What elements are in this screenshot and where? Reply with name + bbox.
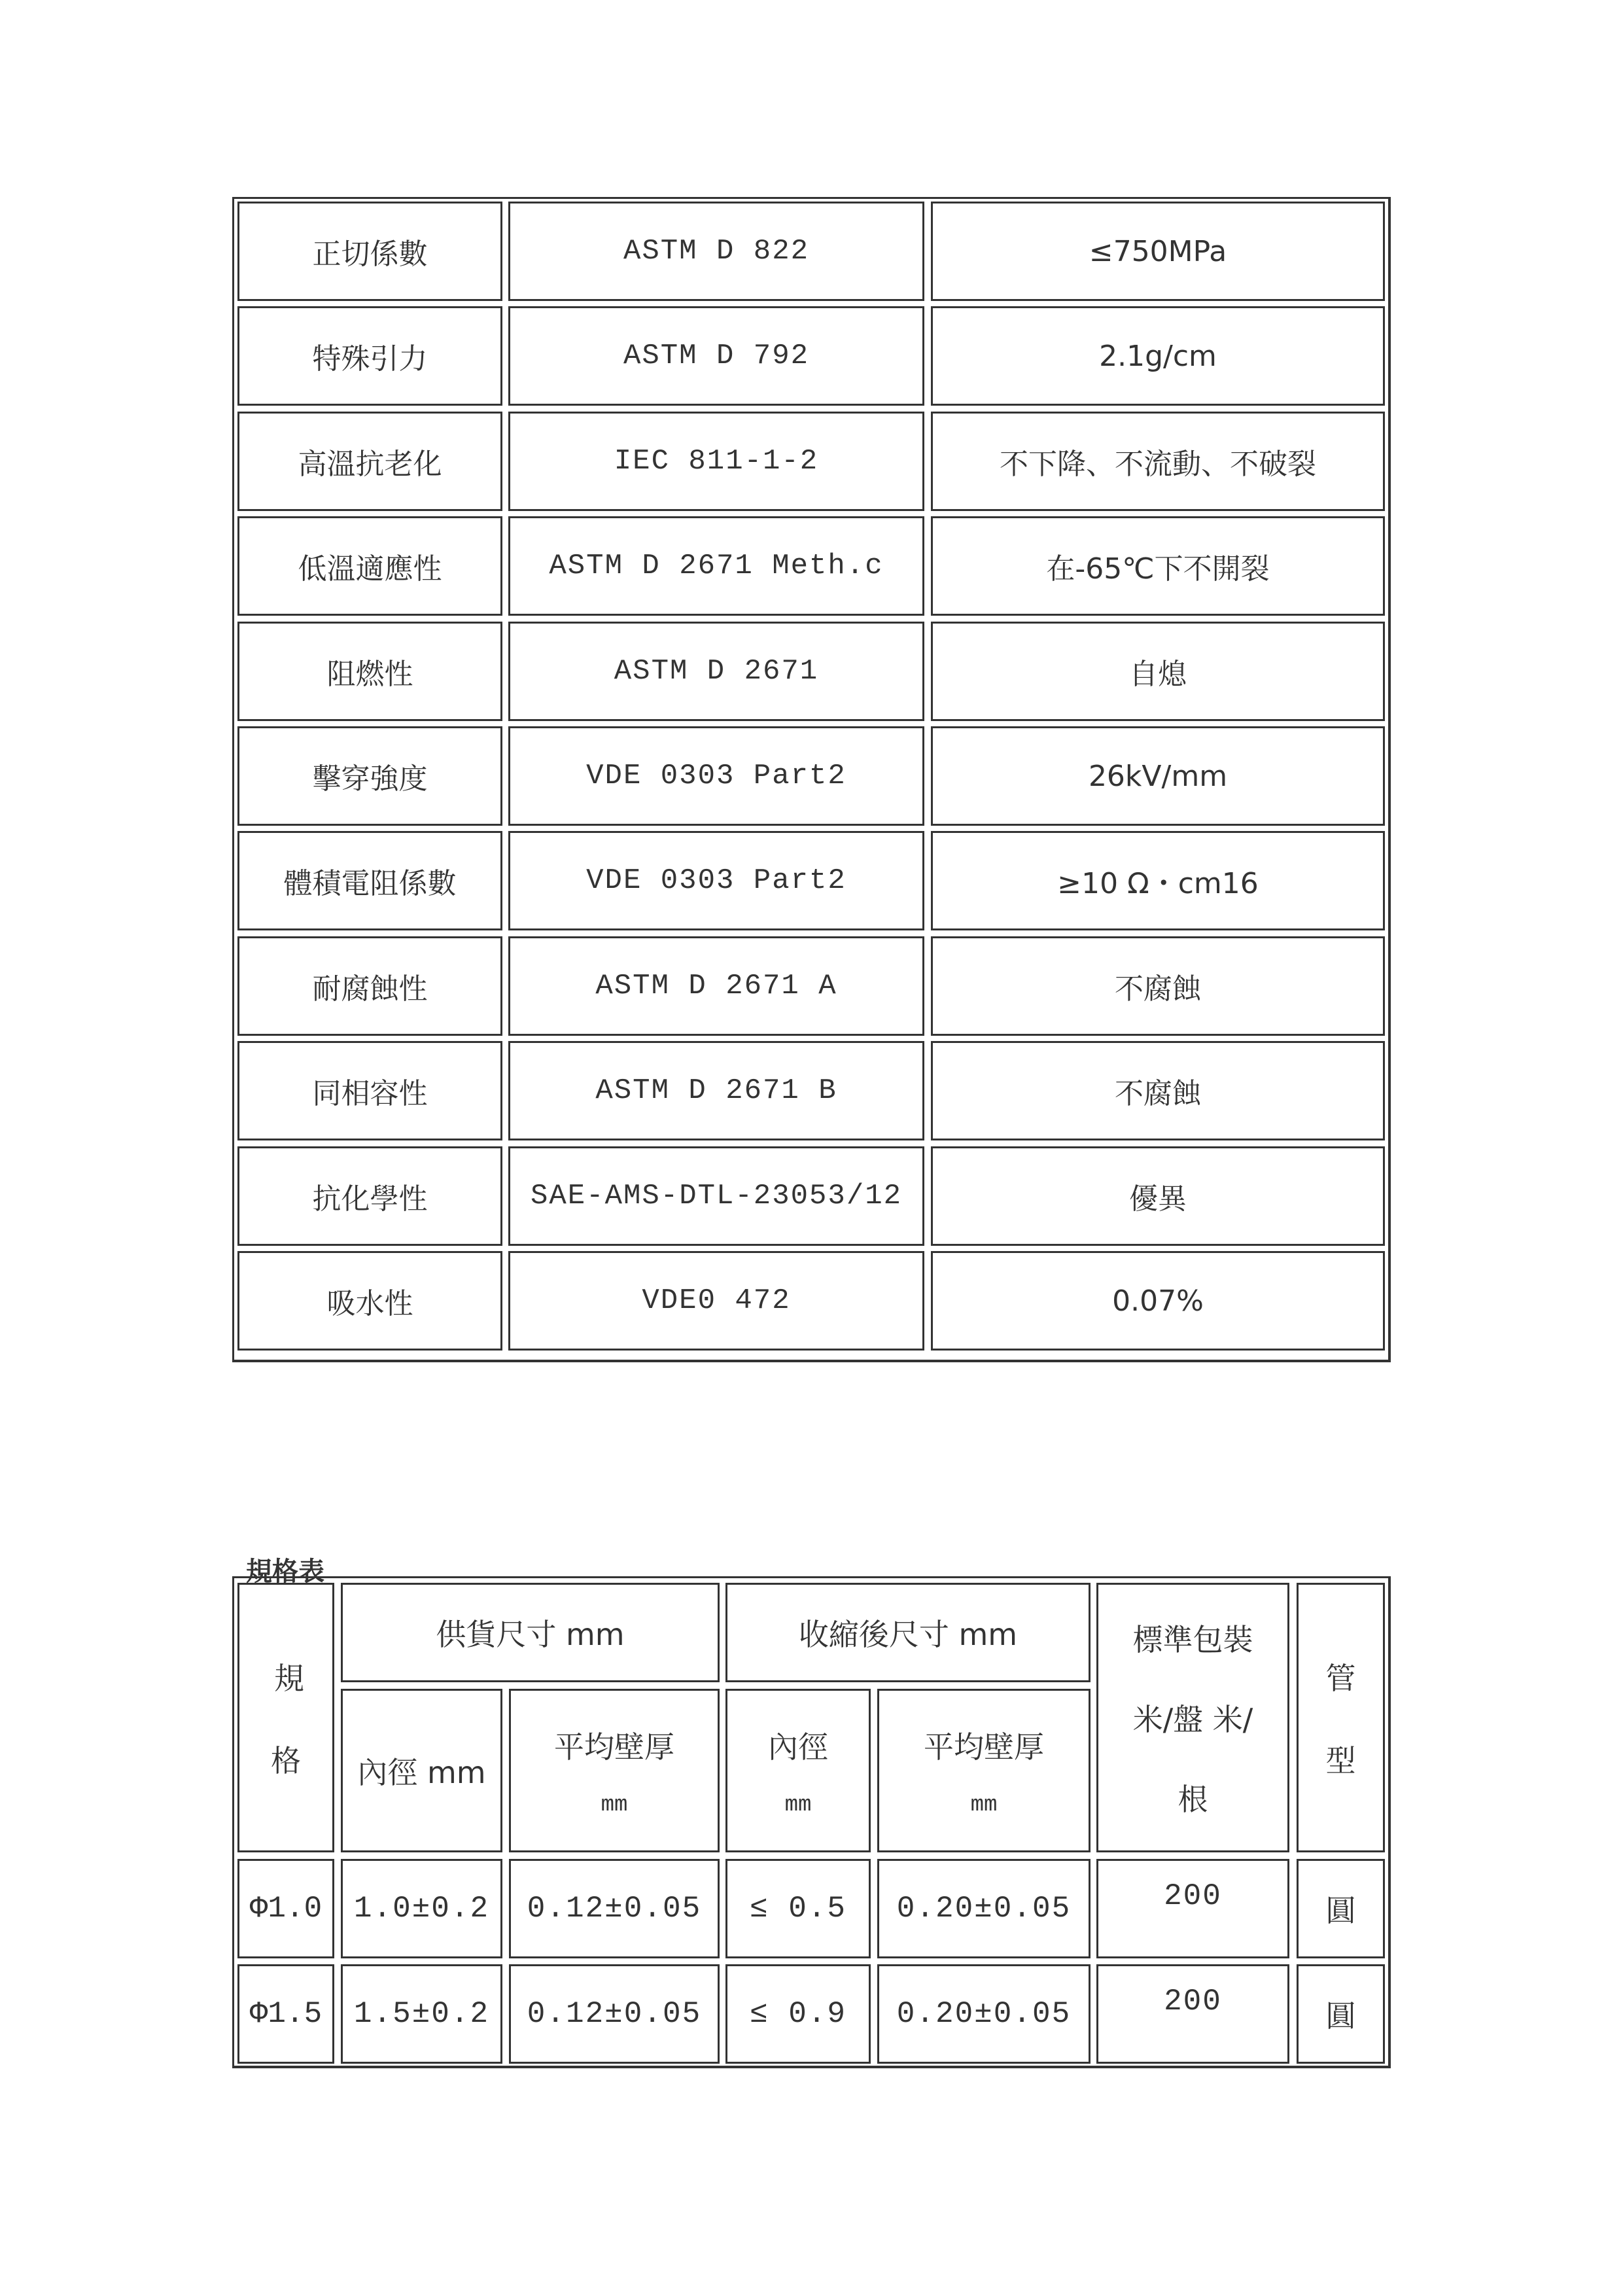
table-row-1-shrunk-inner: ≤ 0.5 — [725, 1859, 871, 1958]
standard-cell: IEC 811-1-2 — [508, 412, 924, 511]
standard-cell: ASTM D 2671 — [508, 622, 924, 721]
property-cell: 特殊引力 — [237, 306, 502, 406]
property-cell: 阻燃性 — [237, 622, 502, 721]
standard-cell: VDE 0303 Part2 — [508, 831, 924, 930]
table-row-1-supply-inner: 1.0±0.2 — [341, 1859, 502, 1958]
header-packaging: 標準包裝 米/盤 米/ 根 — [1096, 1583, 1289, 1852]
value-cell: 自熄 — [931, 622, 1385, 721]
table-row-1-shrunk-wall: 0.20±0.05 — [877, 1859, 1091, 1958]
header-shrunk-wall: 平均壁厚 mm — [877, 1689, 1091, 1852]
property-cell: 低溫適應性 — [237, 516, 502, 616]
value-cell: 不腐蝕 — [931, 1041, 1385, 1140]
table-row-1-tube-type: 圓 — [1297, 1859, 1385, 1958]
header-tube-type: 管 型 — [1297, 1583, 1385, 1852]
header-shrunk-inner-diameter: 內徑 mm — [725, 1689, 871, 1852]
table-row-2-spec: Φ1.5 — [237, 1964, 334, 2064]
property-cell: 同相容性 — [237, 1041, 502, 1140]
standard-cell: SAE-AMS-DTL-23053/12 — [508, 1146, 924, 1246]
header-spec-line1: 規 — [274, 1655, 304, 1698]
standard-cell: ASTM D 2671 B — [508, 1041, 924, 1140]
header-packaging-line3: 根 — [1178, 1776, 1208, 1819]
table-row-2-shrunk-wall: 0.20±0.05 — [877, 1964, 1091, 2064]
property-cell: 高溫抗老化 — [237, 412, 502, 511]
value-cell: 不腐蝕 — [931, 936, 1385, 1036]
standard-cell: VDE 0303 Part2 — [508, 726, 924, 826]
standard-cell: VDE0 472 — [508, 1251, 924, 1351]
value-cell: 0.07% — [931, 1251, 1385, 1351]
value-cell: ≥10 Ω・cm16 — [931, 831, 1385, 930]
value-cell: 在-65℃下不開裂 — [931, 516, 1385, 616]
header-spec-line2: 格 — [271, 1737, 301, 1780]
table-row-2-shrunk-inner: ≤ 0.9 — [725, 1964, 871, 2064]
property-cell: 抗化學性 — [237, 1146, 502, 1246]
table-row-2-tube-type: 圓 — [1297, 1964, 1385, 2064]
table-row-2-packaging: 200 — [1096, 1964, 1289, 2064]
value-cell: 26kV/mm — [931, 726, 1385, 826]
table-row-2-supply-wall: 0.12±0.05 — [509, 1964, 720, 2064]
table-row-1-supply-wall: 0.12±0.05 — [509, 1859, 720, 1958]
value-cell: ≤750MPa — [931, 202, 1385, 301]
standard-cell: ASTM D 2671 A — [508, 936, 924, 1036]
header-packaging-line1: 標準包裝 — [1133, 1616, 1253, 1659]
header-shrunk-size: 收縮後尺寸 mm — [725, 1583, 1091, 1682]
value-cell: 優異 — [931, 1146, 1385, 1246]
standard-cell: ASTM D 822 — [508, 202, 924, 301]
property-cell: 擊穿強度 — [237, 726, 502, 826]
table-row-1-spec: Φ1.0 — [237, 1859, 334, 1958]
header-supply-size: 供貨尺寸 mm — [341, 1583, 720, 1682]
header-spec: 規 格 — [237, 1583, 334, 1852]
header-supply-wall: 平均壁厚 mm — [509, 1689, 720, 1852]
header-supply-inner-diameter: 內徑 mm — [341, 1689, 502, 1852]
standard-cell: ASTM D 2671 Meth.c — [508, 516, 924, 616]
table-row-2-supply-inner: 1.5±0.2 — [341, 1964, 502, 2064]
header-packaging-line2: 米/盤 米/ — [1133, 1696, 1253, 1739]
header-tube-type-line2: 型 — [1326, 1737, 1356, 1780]
standard-cell: ASTM D 792 — [508, 306, 924, 406]
value-cell: 不下降、不流動、不破裂 — [931, 412, 1385, 511]
property-cell: 耐腐蝕性 — [237, 936, 502, 1036]
table-row-1-packaging: 200 — [1096, 1859, 1289, 1958]
header-tube-type-line1: 管 — [1326, 1655, 1356, 1698]
property-cell: 吸水性 — [237, 1251, 502, 1351]
property-cell: 體積電阻係數 — [237, 831, 502, 930]
value-cell: 2.1g/cm — [931, 306, 1385, 406]
property-cell: 正切係數 — [237, 202, 502, 301]
